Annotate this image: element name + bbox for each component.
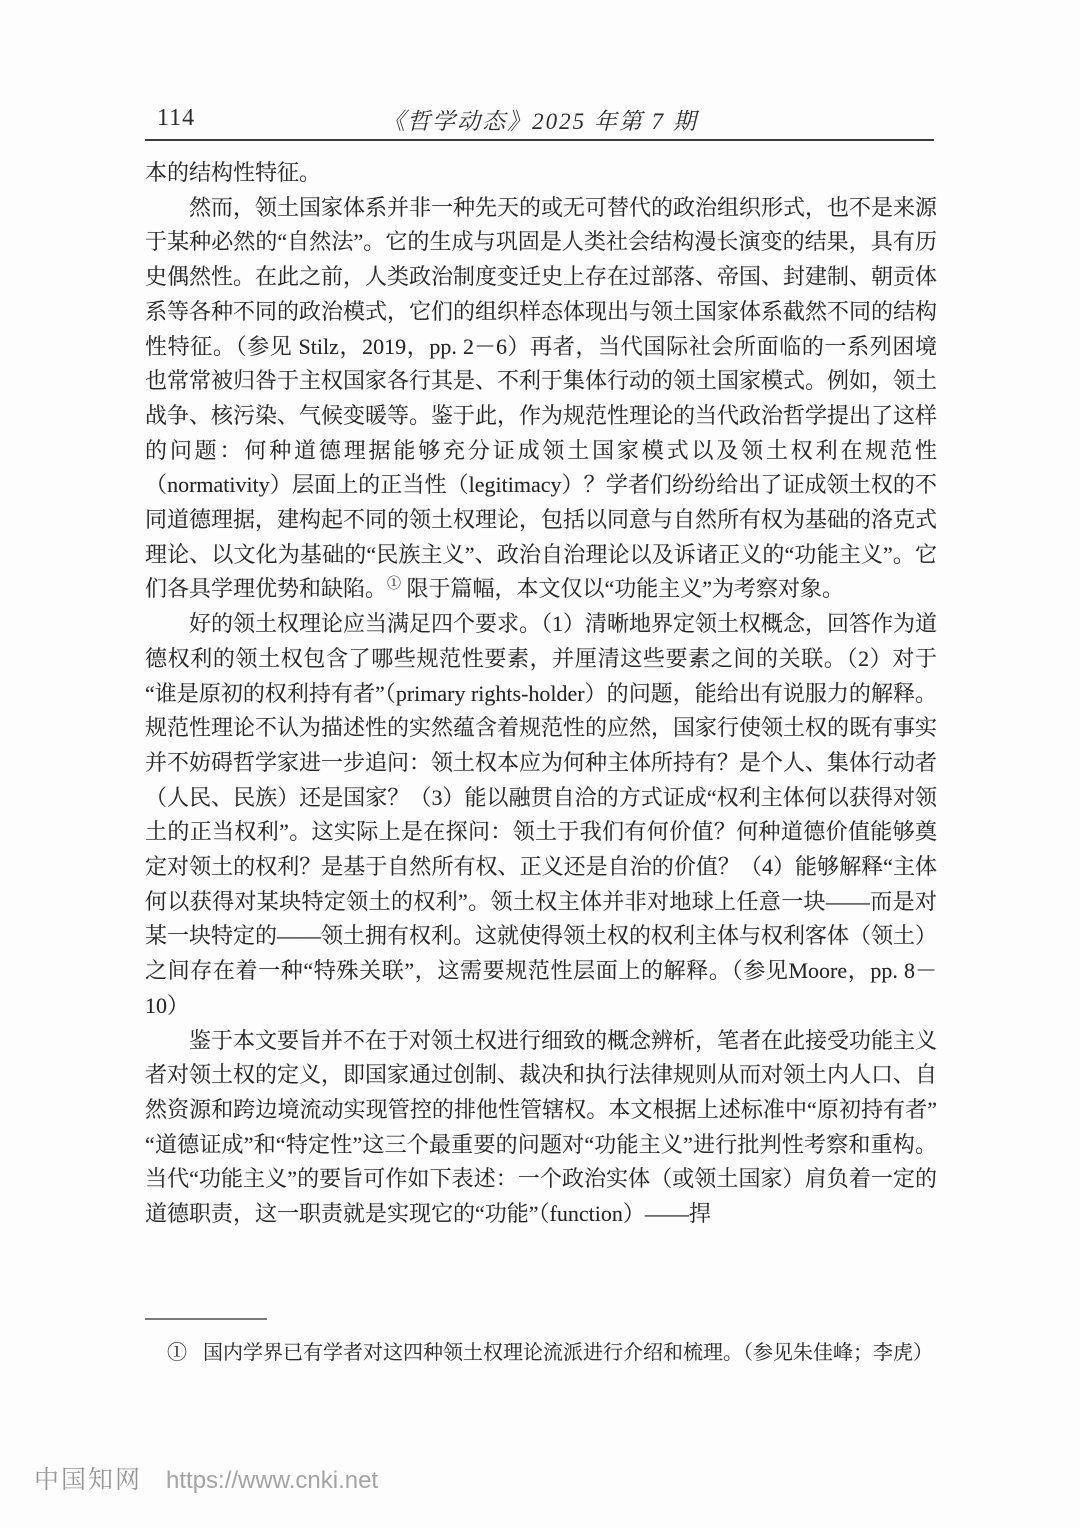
footnote-marker: ①: [167, 1342, 187, 1364]
paragraph-text: 限于篇幅，本文仅以“功能主义”为考察对象。: [401, 576, 844, 601]
cnki-site-url: https://www.cnki.net: [166, 1467, 378, 1495]
header-rule: [145, 139, 934, 141]
paragraph: 鉴于本文要旨并不在于对领土权进行细致的概念辨析，笔者在此接受功能主义者对领土权的…: [145, 1024, 937, 1232]
paragraph-text: 然而，领土国家体系并非一种先天的或无可替代的政治组织形式，也不是来源于某种必然的…: [145, 195, 937, 602]
cnki-watermark: 中国知网 https://www.cnki.net: [34, 1460, 378, 1496]
paragraph-continuation: 本的结构性特征。: [145, 156, 937, 191]
journal-issue-title: 《哲学动态》2025 年第 7 期: [145, 103, 935, 136]
page-header: 114 《哲学动态》2025 年第 7 期: [145, 103, 935, 137]
footnote: ①国内学界已有学者对这四种领土权理论流派进行介绍和梳理。（参见朱佳峰；李虎）: [145, 1338, 937, 1368]
footnote-separator-rule: [145, 1318, 267, 1320]
footnote-text: 国内学界已有学者对这四种领土权理论流派进行介绍和梳理。（参见朱佳峰；李虎）: [203, 1342, 933, 1364]
paragraph: 然而，领土国家体系并非一种先天的或无可替代的政治组织形式，也不是来源于某种必然的…: [145, 191, 937, 607]
article-body: 本的结构性特征。 然而，领土国家体系并非一种先天的或无可替代的政治组织形式，也不…: [145, 156, 937, 1232]
footnote-reference-marker: ①: [387, 577, 401, 592]
cnki-site-name: 中国知网: [34, 1460, 142, 1496]
paragraph: 好的领土权理论应当满足四个要求。（1）清晰地界定领土权概念，回答作为道德权利的领…: [145, 607, 937, 1023]
journal-scan-page: 114 《哲学动态》2025 年第 7 期 本的结构性特征。 然而，领土国家体系…: [0, 0, 1080, 1528]
page-number: 114: [157, 105, 195, 132]
